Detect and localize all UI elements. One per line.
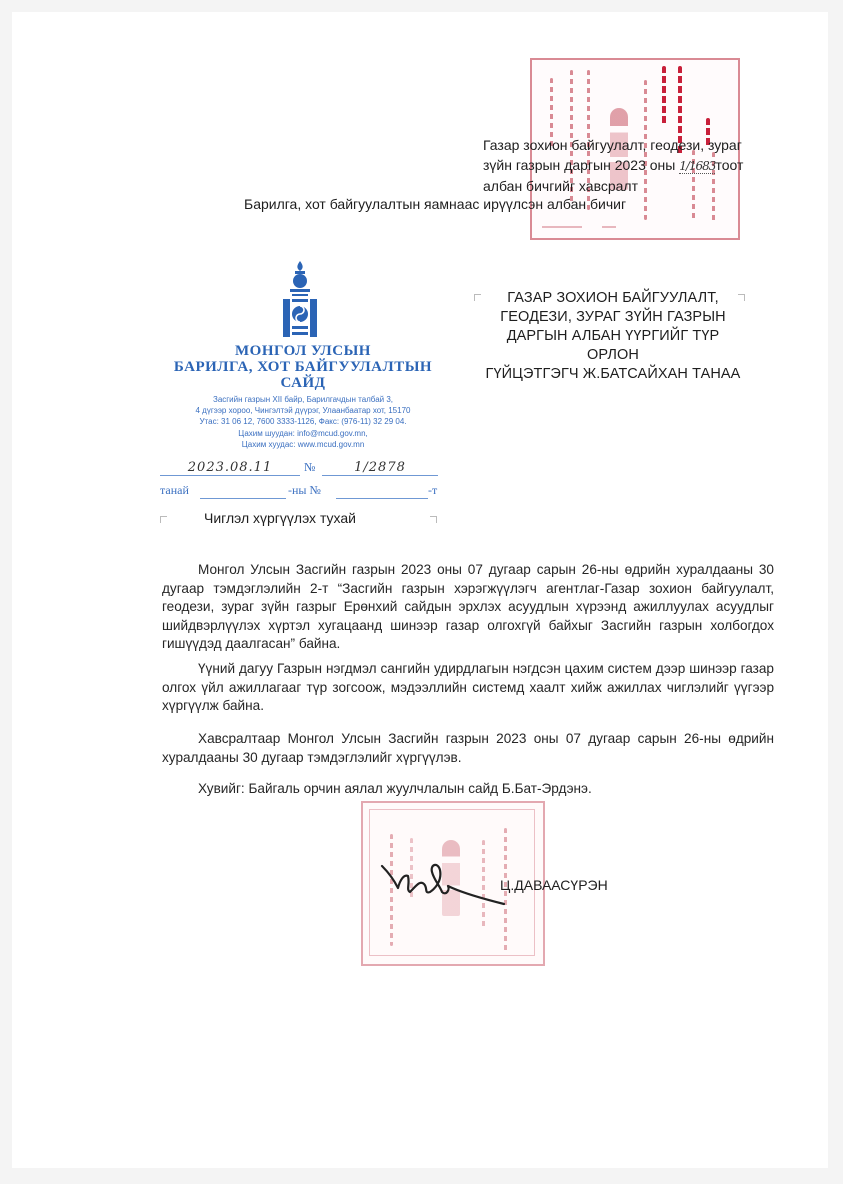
addressee-line: ГАЗАР ЗОХИОН БАЙГУУЛАЛТ, [484, 289, 742, 308]
addressee: ГАЗАР ЗОХИОН БАЙГУУЛАЛТ, ГЕОДЕЗИ, ЗУРАГ … [484, 289, 742, 384]
registration-date: 2023.08.11 [188, 460, 272, 475]
attachment-note: Газар зохион байгуулалт, геодези, зураг … [483, 135, 778, 196]
reference-line: танай -ны № -т [160, 481, 438, 501]
registration-line: 2023.08.11 № 1/2878 [160, 458, 438, 478]
reference-number-label: -ны № [288, 483, 321, 498]
subject-corner-mark [430, 516, 437, 523]
signer-name: Ц.ДАВААСҮРЭН [500, 877, 608, 893]
registration-number-field: 1/2878 [322, 460, 438, 476]
addressee-line: ДАРГЫН АЛБАН ҮҮРГИЙГ ТҮР ОРЛОН [484, 327, 742, 365]
signature [380, 858, 510, 910]
source-note: Барилга, хот байгуулалтын яамнаас ирүүлс… [244, 196, 626, 212]
contact-phone: Утас: 31 06 12, 7600 3333-1126, Факс: (9… [158, 416, 448, 427]
body-paragraph: Хавсралтаар Монгол Улсын Засгийн газрын … [162, 730, 774, 767]
attachment-note-line: Газар зохион байгуулалт, геодези, зураг [483, 135, 778, 155]
reference-suffix: -т [428, 483, 437, 498]
stamp-footer-id [602, 226, 616, 228]
registration-date-field: 2023.08.11 [160, 460, 300, 476]
org-contact: Засгийн газрын XII байр, Барилгачдын тал… [158, 394, 448, 450]
body-paragraph-text: Хавсралтаар Монгол Улсын Засгийн газрын … [162, 731, 774, 765]
addressee-line: ГҮЙЦЭТГЭГЧ Ж.БАТСАЙХАН ТАНАА [484, 365, 742, 384]
body-paragraph: Үүний дагуу Газрын нэгдмэл сангийн удирд… [162, 660, 774, 716]
contact-address: 4 дүгээр хороо, Чингэлтэй дүүрэг, Улаанб… [158, 405, 448, 416]
copy-to-text: Хувийг: Байгаль орчин аялал жуулчлалын с… [198, 781, 592, 796]
org-name-line: МОНГОЛ УЛСЫН [158, 343, 448, 359]
soyombo-emblem-icon [280, 261, 320, 339]
reference-date-field [200, 497, 286, 499]
contact-email: Цахим шуудан: info@mcud.gov.mn, [158, 428, 448, 439]
attachment-note-line: албан бичгийг хавсралт [483, 176, 778, 196]
attachment-note-suffix: тоот [715, 157, 743, 173]
addressee-line: ГЕОДЕЗИ, ЗУРАГ ЗҮЙН ГАЗРЫН [484, 308, 742, 327]
stamp-script-column [662, 66, 666, 126]
org-name-line: БАРИЛГА, ХОТ БАЙГУУЛАЛТЫН [158, 359, 448, 375]
attachment-note-text: зүйн газрын даргын 2023 оны [483, 157, 675, 173]
body-paragraph-text: Монгол Улсын Засгийн газрын 2023 оны 07 … [162, 562, 774, 651]
contact-address: Засгийн газрын XII байр, Барилгачдын тал… [158, 394, 448, 405]
body-paragraph: Монгол Улсын Засгийн газрын 2023 оны 07 … [162, 561, 774, 654]
org-name: МОНГОЛ УЛСЫН БАРИЛГА, ХОТ БАЙГУУЛАЛТЫН С… [158, 343, 448, 391]
letter-subject: Чиглэл хүргүүлэх тухай [204, 510, 356, 526]
reference-your-label: танай [160, 483, 189, 498]
registration-number: 1/2878 [354, 460, 406, 475]
reference-number-field [336, 497, 428, 499]
contact-website: Цахим хуудас: www.mcud.gov.mn [158, 439, 448, 450]
body-paragraph-text: Үүний дагуу Газрын нэгдмэл сангийн удирд… [162, 661, 774, 713]
attachment-note-line: зүйн газрын даргын 2023 оны 1/1683тоот [483, 155, 778, 176]
handwritten-number: 1/1683 [679, 159, 715, 174]
org-name-line: САЙД [158, 375, 448, 391]
subject-corner-mark [160, 516, 167, 523]
copy-to-line: Хувийг: Байгаль орчин аялал жуулчлалын с… [162, 780, 774, 799]
stamp-footer-id [542, 226, 582, 228]
addressee-corner-mark [474, 294, 481, 301]
registration-number-label: № [304, 460, 315, 475]
